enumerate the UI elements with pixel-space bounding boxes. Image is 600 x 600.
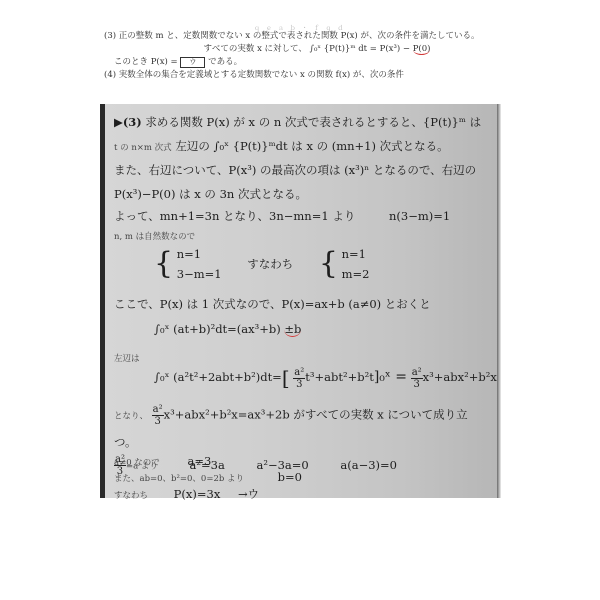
system-connector: すなわち: [247, 257, 293, 271]
line-prefix: となり、: [114, 412, 148, 422]
fraction: a²3: [152, 404, 164, 427]
line-text: すなわち: [114, 491, 148, 501]
system-2-a: n=1: [342, 244, 370, 264]
line-text: a(a−3)=0: [340, 458, 397, 472]
solution-line-6: n, m は自然数なので: [114, 230, 195, 242]
equation-system: { n=1 3−m=1 すなわち { n=1 m=2: [154, 244, 369, 284]
frac-den: 3: [411, 379, 423, 390]
solution-line-13: つ。: [114, 434, 137, 450]
solution-line-4: P(x³)−P(0) は x の 3n 次式となる。: [114, 186, 307, 202]
brace-right: {: [319, 246, 338, 281]
underlined-p0: P(0): [413, 44, 431, 55]
problem3-condition: すべての実数 x に対して、 ∫₀ˣ {P(t)}ᵐ dt = P(x³) − …: [104, 43, 500, 56]
problem-statement: ｑ ｅ ａ ｂ ・ ｆ ｑ ｄ (3) 正の整数 m と、定数関数でない x の…: [104, 30, 500, 82]
fraction: a²3: [411, 367, 423, 390]
book-spine-edge: [100, 104, 105, 498]
system-1-b: 3−m=1: [177, 264, 222, 284]
problem4-line1: (4) 実数全体の集合を定義域とする定数関数でない x の関数 f(x) が、次…: [104, 69, 500, 82]
solution-line-1: ▶(3) 求める関数 P(x) が x の n 次式で表されるとすると、{P(t…: [114, 114, 481, 130]
frac-den: 3: [152, 416, 164, 427]
system-2-b: m=2: [342, 264, 370, 284]
condition-prefix: すべての実数 x に対して、: [204, 44, 307, 54]
faint-header: ｑ ｅ ａ ｂ ・ ｆ ｑ ｄ: [254, 22, 345, 35]
line-text: ∫₀ˣ (at+b)²dt=(ax³+b): [154, 322, 281, 336]
final-answer: P(x)=3x: [174, 487, 221, 501]
solution-line-9: ∫₀ˣ (at+b)²dt=(ax³+b) ±b: [154, 322, 301, 336]
frac-den: 3: [293, 379, 305, 390]
condition-formula: ∫₀ˣ {P(t)}ᵐ dt = P(x³) −: [310, 44, 413, 54]
bracket-close: ]₀ˣ =: [374, 369, 407, 385]
solution-line-3: また、右辺について、P(x³) の最高次の項は (x³)ⁿ となるので、右辺の: [114, 162, 476, 178]
answer-prefix: このとき P(x) =: [114, 57, 180, 67]
answer-suffix: である。: [208, 57, 242, 67]
line-text: ∫₀ˣ (a²t²+2abt+b²)dt=: [154, 370, 282, 384]
line-text: a≠0 なので: [114, 458, 160, 468]
page-edge: [497, 104, 501, 498]
solution-line-17: すなわち P(x)=3x →ウ: [114, 486, 259, 502]
brace-left: {: [154, 246, 173, 281]
system-1: n=1 3−m=1: [177, 244, 222, 284]
line-result: n(3−m)=1: [389, 209, 450, 223]
frac-num: a²: [152, 404, 164, 416]
solution-photo: ▶(3) 求める関数 P(x) が x の n 次式で表されるとすると、{P(t…: [100, 104, 501, 498]
frac-num: a²: [293, 367, 305, 379]
red-underlined-term: ±b: [284, 322, 301, 337]
solution-line-2: t の n×m 次式 左辺の ∫₀ˣ {P(t)}ᵐdt は x の (mn+1…: [114, 138, 449, 154]
solution-line-8: ここで、P(x) は 1 次式なので、P(x)=ax+b (a≠0) とおくと: [114, 296, 431, 312]
fraction: a²3: [293, 367, 305, 390]
line-text: t³+abt²+b²t: [305, 370, 374, 384]
line-text: 左辺の ∫₀ˣ {P(t)}ᵐdt は x の (mn+1) 次式となる。: [175, 139, 448, 153]
line-text: よって、mn+1=3n となり、3n−mn=1 より: [114, 209, 355, 223]
solution-marker: ▶(3): [114, 115, 142, 129]
answer-arrow: →ウ: [238, 487, 259, 501]
solution-line-12: となり、 a²3x³+abx²+b²x=ax³+2b がすべての実数 x につい…: [114, 404, 468, 427]
line-text: b=0: [278, 470, 302, 484]
line-text: a=3: [187, 454, 211, 468]
line-text: また、ab=0、b²=0、0=2b より: [114, 474, 244, 484]
solution-line-11: ∫₀ˣ (a²t²+2abt+b²)dt=[ a²3t³+abt²+b²t]₀ˣ…: [154, 366, 497, 390]
frac-num: a²: [411, 367, 423, 379]
problem3-answer: このとき P(x) = ウ である。: [104, 56, 500, 69]
solution-line-5: よって、mn+1=3n となり、3n−mn=1 より n(3−m)=1: [114, 208, 450, 224]
line-small: t の n×m 次式: [114, 143, 172, 153]
system-1-a: n=1: [177, 244, 222, 264]
solution-line-15a: a≠0 なので a=3: [114, 454, 211, 468]
solution-line-16: また、ab=0、b²=0、0=2b より b=0: [114, 470, 302, 484]
line-text: x³+abx²+b²x=ax³+2b がすべての実数 x について成り立: [164, 408, 468, 422]
bracket-open: [: [282, 366, 290, 390]
solution-line-10: 左辺は: [114, 352, 140, 364]
answer-box: ウ: [180, 57, 205, 68]
line-text: x³+abx²+b²x: [423, 370, 497, 384]
system-2: n=1 m=2: [342, 244, 370, 284]
line-text: 求める関数 P(x) が x の n 次式で表されるとすると、{P(t)}ᵐ は: [145, 115, 481, 129]
